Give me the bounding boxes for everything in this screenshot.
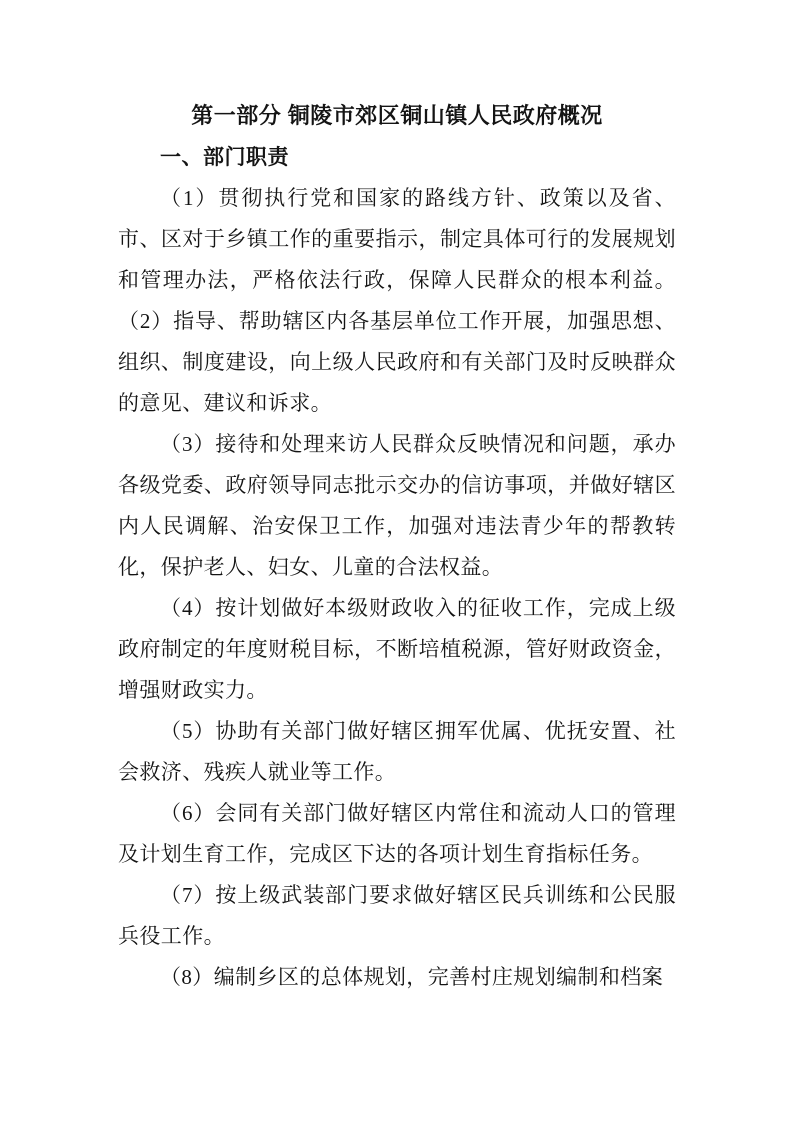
body-paragraph: （6）会同有关部门做好辖区内常住和流动人口的管理及计划生育工作，完成区下达的各项… [118, 793, 676, 875]
body-paragraph: （1）贯彻执行党和国家的路线方针、政策以及省、市、区对于乡镇工作的重要指示，制定… [118, 178, 676, 424]
document-page: 第一部分 铜陵市郊区铜山镇人民政府概况 一、部门职责 （1）贯彻执行党和国家的路… [0, 0, 793, 1122]
body-paragraph: （3）接待和处理来访人民群众反映情况和问题，承办各级党委、政府领导同志批示交办的… [118, 424, 676, 588]
body-paragraph: （4）按计划做好本级财政收入的征收工作，完成上级政府制定的年度财税目标，不断培植… [118, 588, 676, 711]
body-paragraph: （7）按上级武装部门要求做好辖区民兵训练和公民服兵役工作。 [118, 875, 676, 957]
document-title: 第一部分 铜陵市郊区铜山镇人民政府概况 [118, 103, 676, 129]
body-paragraph: （5）协助有关部门做好辖区拥军优属、优抚安置、社会救济、残疾人就业等工作。 [118, 711, 676, 793]
body-paragraph: （8）编制乡区的总体规划，完善村庄规划编制和档案 [118, 957, 676, 998]
document-body: （1）贯彻执行党和国家的路线方针、政策以及省、市、区对于乡镇工作的重要指示，制定… [118, 178, 676, 998]
section-heading: 一、部门职责 [118, 145, 676, 171]
